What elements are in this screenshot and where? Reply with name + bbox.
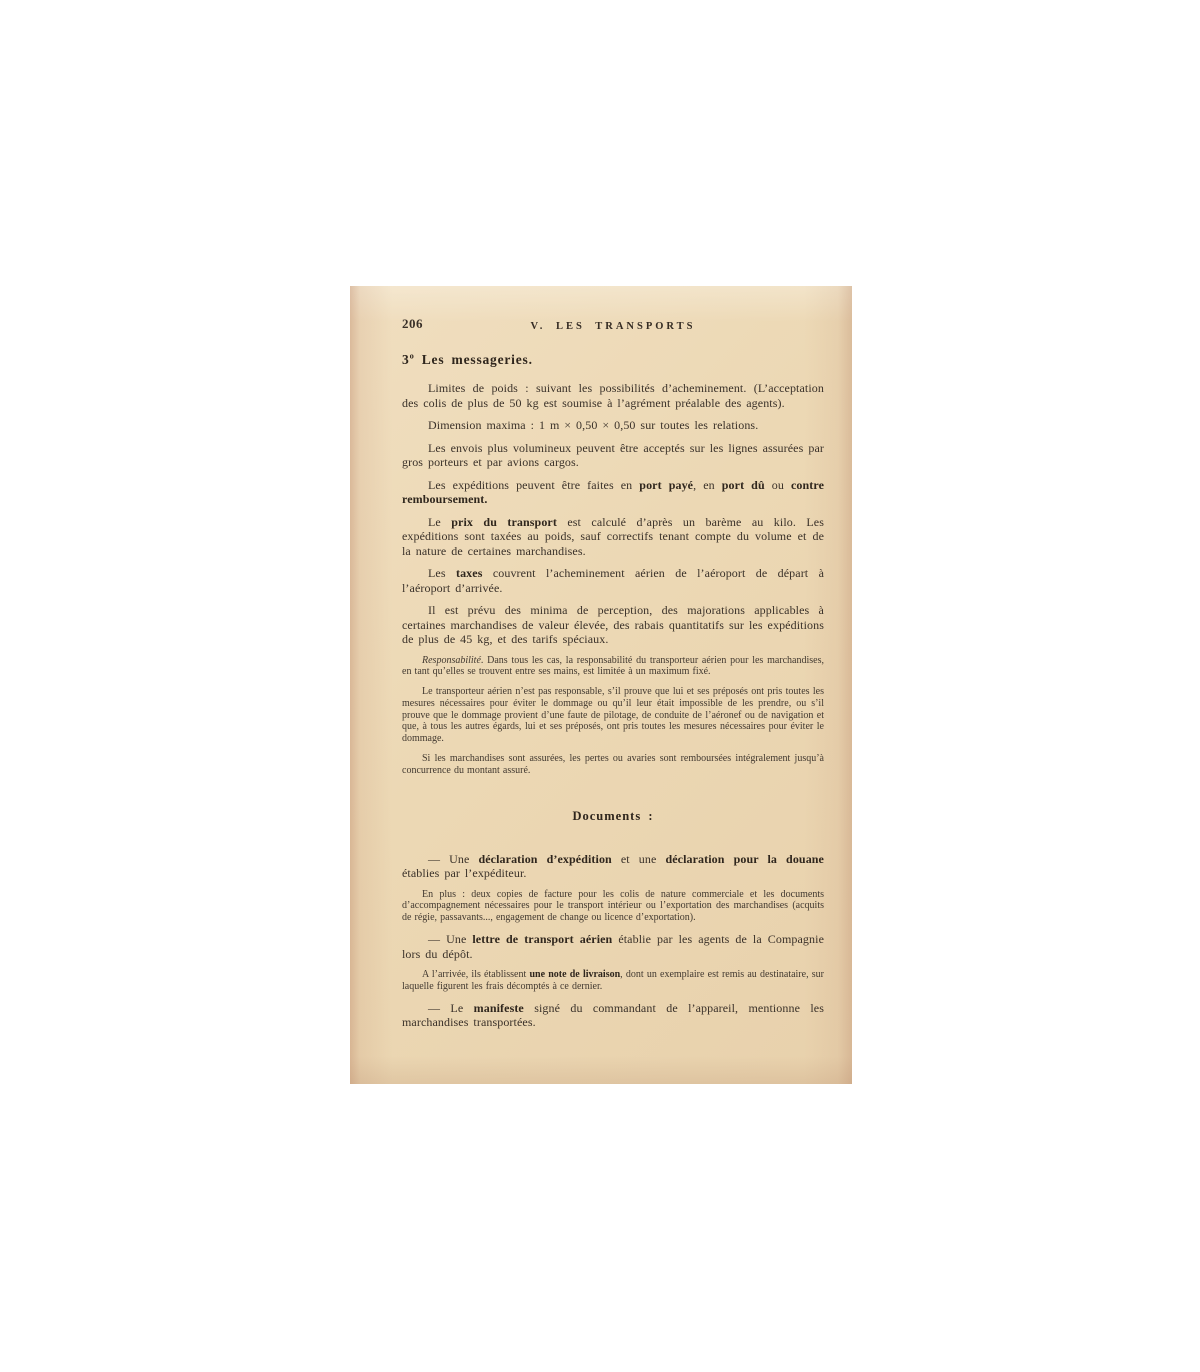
text-run: A l’arrivée, ils établissent xyxy=(422,969,529,980)
paragraph-body: Les expéditions peuvent être faites en p… xyxy=(402,478,824,507)
text-run: , en xyxy=(693,478,722,492)
text-run: — Une xyxy=(428,852,478,866)
text-run: Les xyxy=(428,566,456,580)
paragraph-small: En plus : deux copies de facture pour le… xyxy=(402,889,824,924)
paragraph-small: Responsabilité. Dans tous les cas, la re… xyxy=(402,655,824,679)
paragraph-center: Documents : xyxy=(402,809,824,824)
paragraph-body: Le prix du transport est calculé d’après… xyxy=(402,515,824,559)
text-run: port dû xyxy=(722,478,765,492)
text-run: Dimension maxima : 1 m × 0,50 × 0,50 sur… xyxy=(428,418,758,432)
paragraph-small: A l’arrivée, ils établissent une note de… xyxy=(402,969,824,993)
paragraph-small: Le transporteur aérien n’est pas respons… xyxy=(402,686,824,745)
text-run: taxes xyxy=(456,566,483,580)
paragraph-body: Limites de poids : suivant les possibili… xyxy=(402,381,824,410)
paragraph-body: — Une lettre de transport aérien établie… xyxy=(402,932,824,961)
text-run: — Une xyxy=(428,932,472,946)
page-content: 206 V. LES TRANSPORTS 3o Les messageries… xyxy=(402,316,824,1084)
text-run: manifeste xyxy=(474,1001,524,1015)
paragraph-small: Si les marchandises sont assurées, les p… xyxy=(402,753,824,777)
text-run: et une xyxy=(612,852,666,866)
text-run: Limites de poids : suivant les possibili… xyxy=(402,381,824,410)
text-run: Les envois plus volumineux peuvent être … xyxy=(402,441,824,470)
book-page: 206 V. LES TRANSPORTS 3o Les messageries… xyxy=(350,286,852,1084)
text-run: lettre de transport aérien xyxy=(472,932,612,946)
text-run: Le xyxy=(428,515,451,529)
text-run: Si les marchandises sont assurées, les p… xyxy=(402,753,824,776)
paragraph-body: Il est prévu des minima de perception, d… xyxy=(402,603,824,647)
text-run: Le transporteur aérien n’est pas respons… xyxy=(402,686,824,744)
text-run: En plus : deux copies de facture pour le… xyxy=(402,889,824,924)
page-header: 206 V. LES TRANSPORTS xyxy=(402,316,824,332)
text-run: Il est prévu des minima de perception, d… xyxy=(402,603,824,646)
text-run: Les messageries. xyxy=(415,352,533,367)
paragraph-body: Les taxes couvrent l’acheminement aérien… xyxy=(402,566,824,595)
paragraph-body: Dimension maxima : 1 m × 0,50 × 0,50 sur… xyxy=(402,418,824,433)
text-run: port payé xyxy=(639,478,693,492)
text-run: — Le xyxy=(428,1001,474,1015)
text-run: Les expéditions peuvent être faites en xyxy=(428,478,639,492)
text-run: prix du transport xyxy=(451,515,557,529)
text-run: Responsabilité xyxy=(422,655,481,666)
paragraph-body: Les envois plus volumineux peuvent être … xyxy=(402,441,824,470)
running-title: V. LES TRANSPORTS xyxy=(531,321,696,332)
text-body: 3o Les messageries.Limites de poids : su… xyxy=(402,352,824,1030)
page-number: 206 xyxy=(402,316,423,332)
text-run: Documents : xyxy=(572,809,653,823)
text-run: 3 xyxy=(402,352,410,367)
text-run: ou xyxy=(765,478,791,492)
text-run: déclaration pour la douane xyxy=(665,852,824,866)
text-run: déclaration d’expédition xyxy=(478,852,611,866)
text-run: une note de livraison xyxy=(529,969,620,980)
text-run: établies par l’expéditeur. xyxy=(402,866,526,880)
paragraph-heading: 3o Les messageries. xyxy=(402,352,824,368)
paragraph-body: — Le manifeste signé du commandant de l’… xyxy=(402,1001,824,1030)
paragraph-body: — Une déclaration d’expédition et une dé… xyxy=(402,852,824,881)
